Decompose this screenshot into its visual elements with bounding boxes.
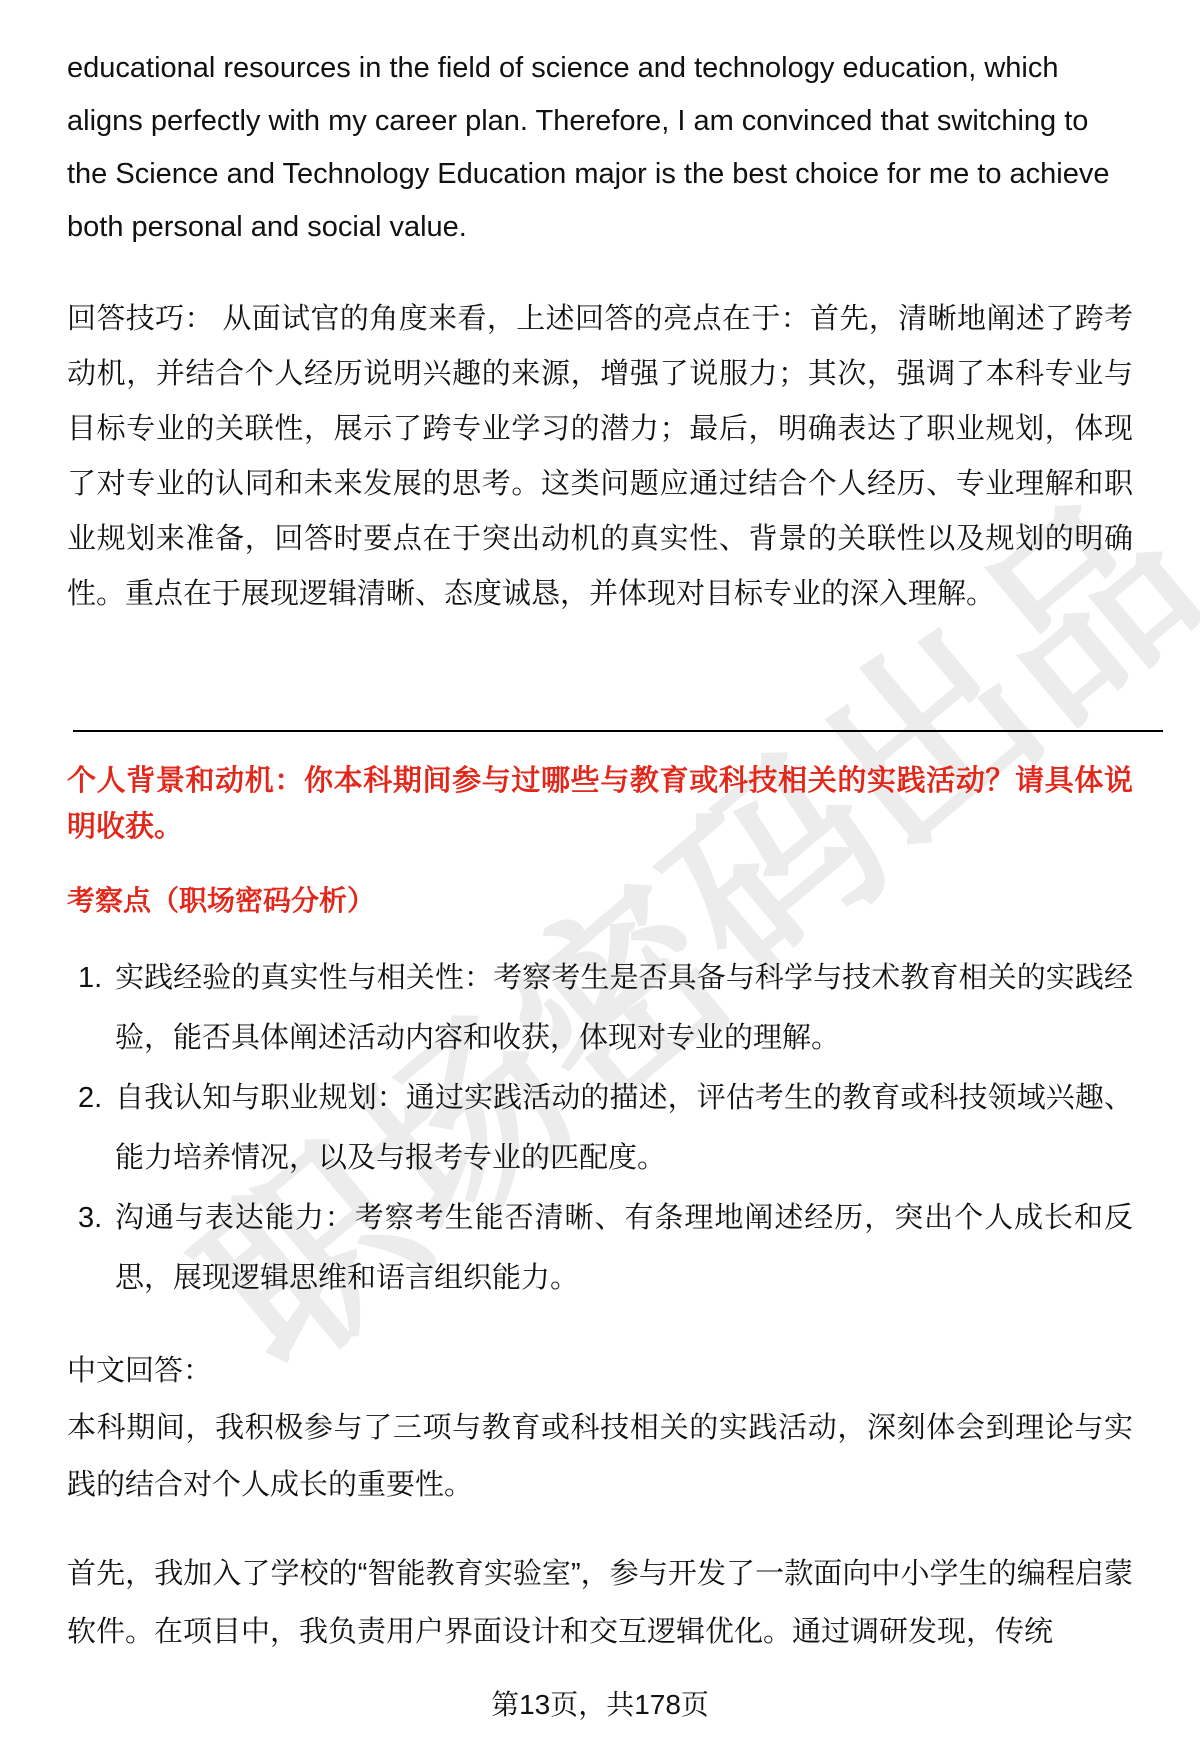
answer-tips-paragraph: 回答技巧： 从面试官的角度来看，上述回答的亮点在于：首先，清晰地阐述了跨考动机，…: [67, 292, 1133, 622]
list-item-number: 1.: [67, 948, 115, 1068]
list-item-number: 2.: [67, 1068, 115, 1188]
chinese-answer-label: 中文回答：: [67, 1343, 1133, 1400]
section-divider: [73, 730, 1163, 732]
list-item-text: 实践经验的真实性与相关性：考察考生是否具备与科学与技术教育相关的实践经验，能否具…: [115, 948, 1133, 1068]
english-paragraph: educational resources in the field of sc…: [67, 42, 1133, 254]
list-item-number: 3.: [67, 1188, 115, 1308]
page-content: educational resources in the field of sc…: [0, 42, 1200, 1661]
answer-paragraph-2: 首先，我加入了学校的“智能教育实验室”，参与开发了一款面向中小学生的编程启蒙软件…: [67, 1545, 1133, 1661]
question-heading: 个人背景和动机：你本科期间参与过哪些与教育或科技相关的实践活动？请具体说明收获。: [67, 758, 1133, 850]
list-item-text: 自我认知与职业规划：通过实践活动的描述，评估考生的教育或科技领域兴趣、能力培养情…: [115, 1068, 1133, 1188]
list-item: 1. 实践经验的真实性与相关性：考察考生是否具备与科学与技术教育相关的实践经验，…: [67, 948, 1133, 1068]
page-number: 第13页，共178页: [0, 1683, 1200, 1723]
list-item-text: 沟通与表达能力：考察考生能否清晰、有条理地阐述经历，突出个人成长和反思，展现逻辑…: [115, 1188, 1133, 1308]
document-page: 职场密码出品 educational resources in the fiel…: [0, 0, 1200, 1755]
analysis-heading: 考察点（职场密码分析）: [67, 881, 1133, 921]
list-item: 3. 沟通与表达能力：考察考生能否清晰、有条理地阐述经历，突出个人成长和反思，展…: [67, 1188, 1133, 1308]
analysis-points-list: 1. 实践经验的真实性与相关性：考察考生是否具备与科学与技术教育相关的实践经验，…: [67, 948, 1133, 1308]
list-item: 2. 自我认知与职业规划：通过实践活动的描述，评估考生的教育或科技领域兴趣、能力…: [67, 1068, 1133, 1188]
answer-paragraph-1: 本科期间，我积极参与了三项与教育或科技相关的实践活动，深刻体会到理论与实践的结合…: [67, 1400, 1133, 1514]
